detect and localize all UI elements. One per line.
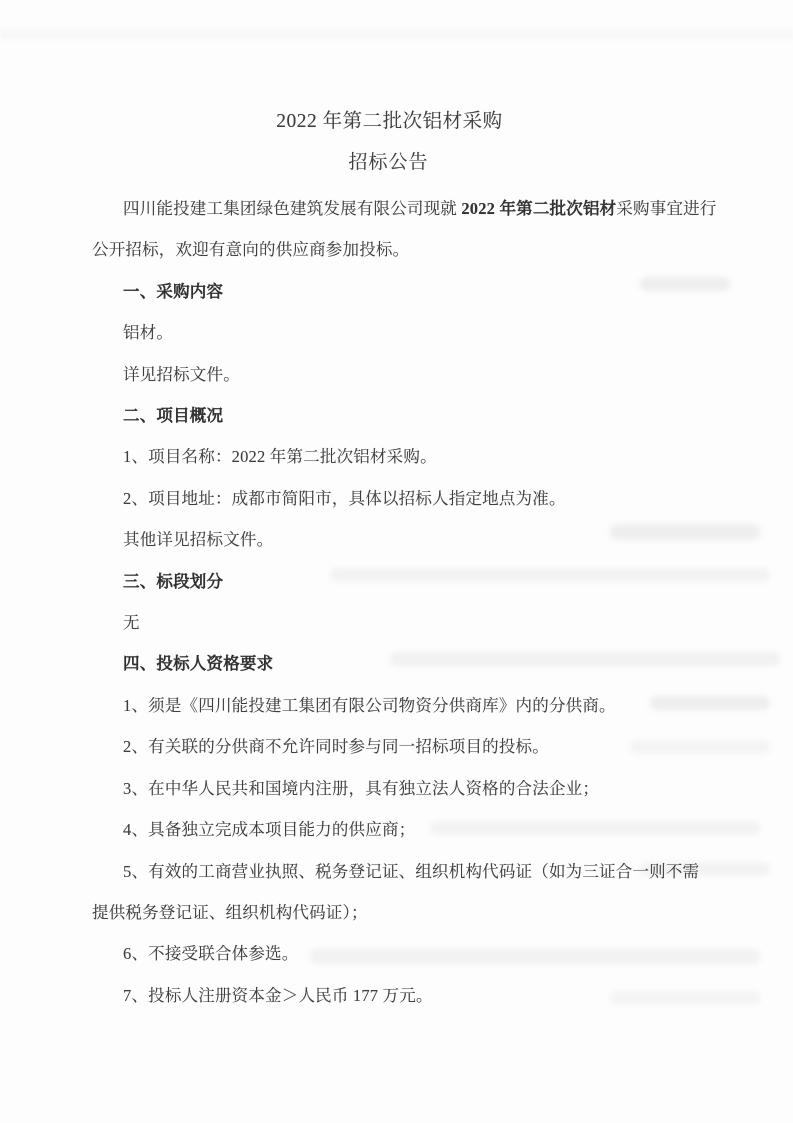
document-subtitle: 招标公告 bbox=[0, 152, 785, 173]
scan-smudge bbox=[310, 949, 760, 964]
intro-line-1: 四川能投建工集团绿色建筑发展有限公司现就 2022 年第二批次铝材采购事宜进行 bbox=[92, 188, 752, 229]
scan-smudge bbox=[640, 862, 770, 876]
scan-smudge bbox=[330, 568, 770, 582]
section-3-paragraph-1: 无 bbox=[92, 602, 752, 643]
section-1-paragraph-1: 铝材。 bbox=[92, 312, 752, 353]
intro-line-1-pre: 四川能投建工集团绿色建筑发展有限公司现就 bbox=[123, 199, 461, 218]
intro-line-2: 公开招标，欢迎有意向的供应商参加投标。 bbox=[92, 229, 752, 270]
scan-smudge bbox=[390, 652, 780, 666]
scanned-document-page: 2022 年第二批次铝材采购 招标公告 四川能投建工集团绿色建筑发展有限公司现就… bbox=[0, 0, 793, 1123]
document-title: 2022 年第二批次铝材采购 bbox=[0, 111, 786, 132]
section-2-paragraph-1: 1、项目名称：2022 年第二批次铝材采购。 bbox=[92, 436, 752, 477]
document-body: 四川能投建工集团绿色建筑发展有限公司现就 2022 年第二批次铝材采购事宜进行 … bbox=[92, 188, 752, 1016]
scan-artifact-band bbox=[0, 30, 793, 39]
scan-smudge bbox=[610, 991, 760, 1005]
scan-smudge bbox=[640, 277, 730, 291]
section-1-paragraph-2: 详见招标文件。 bbox=[92, 354, 752, 395]
intro-line-1-bold: 2022 年第二批次铝材 bbox=[461, 199, 616, 218]
scan-smudge bbox=[430, 821, 760, 835]
section-4-paragraph-3: 3、在中华人民共和国境内注册，具有独立法人资格的合法企业； bbox=[92, 768, 752, 809]
section-4-paragraph-5-line-2: 提供税务登记证、组织机构代码证）； bbox=[92, 892, 752, 933]
intro-line-1-post: 采购事宜进行 bbox=[616, 199, 716, 218]
scan-smudge bbox=[610, 524, 760, 540]
scan-smudge bbox=[630, 740, 770, 754]
section-2-paragraph-2: 2、项目地址：成都市简阳市，具体以招标人指定地点为准。 bbox=[92, 478, 752, 519]
scan-smudge bbox=[650, 696, 770, 710]
section-2-heading: 二、项目概况 bbox=[92, 395, 752, 436]
